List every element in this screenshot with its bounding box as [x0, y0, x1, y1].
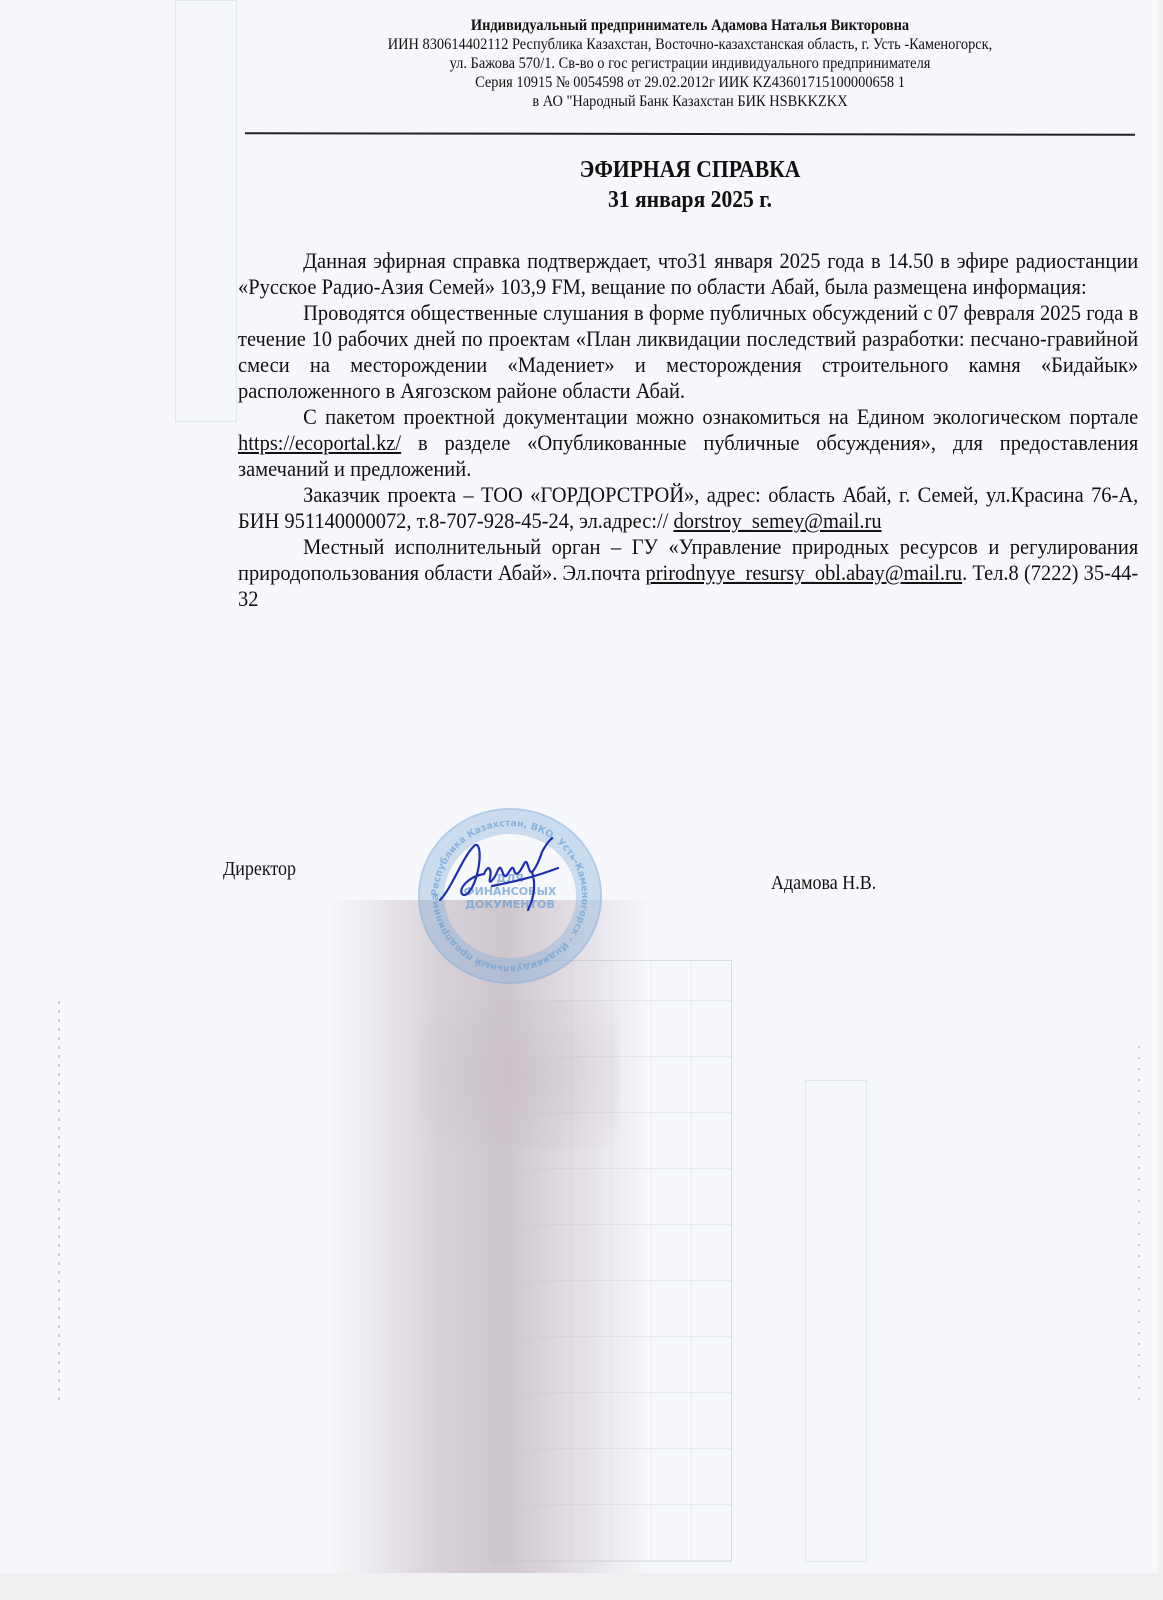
signatory-name: Адамова Н.В.: [771, 872, 876, 895]
ecoportal-text: С пакетом проектной документации можно о…: [303, 404, 1138, 429]
bleed-through-table-2: [805, 1080, 867, 1562]
document-title: ЭФИРНАЯ СПРАВКА 31 января 2025 г.: [285, 155, 1095, 215]
fold-shadow-top: [420, 1000, 620, 1150]
letterhead-name: Индивидуальный предприниматель Адамова Н…: [285, 16, 1095, 35]
title-heading: ЭФИРНАЯ СПРАВКА: [285, 155, 1095, 185]
bleed-through-lines: [175, 0, 237, 422]
scan-noise-2: [1138, 1040, 1140, 1400]
letterhead-street-registration: ул. Бажова 570/1. Св-во о гос регистраци…: [285, 54, 1095, 73]
signatory-position: Директор: [223, 858, 296, 881]
paragraph-local-authority: Местный исполнительный орган – ГУ «Управ…: [238, 534, 1138, 612]
document-page: Индивидуальный предприниматель Адамова Н…: [0, 0, 1158, 1573]
customer-email-link[interactable]: dorstroy_semey@mail.ru: [673, 508, 881, 533]
paragraph-ecoportal: С пакетом проектной документации можно о…: [238, 404, 1138, 482]
paragraph-broadcast-confirmation: Данная эфирная справка подтверждает, что…: [238, 248, 1138, 300]
signature-block: Директор Адамова Н.В.: [223, 858, 923, 958]
ecoportal-link[interactable]: https://ecoportal.kz/: [238, 430, 401, 455]
paragraph-customer: Заказчик проекта – ТОО «ГОРДОРСТРОЙ», ад…: [238, 482, 1138, 534]
letterhead: Индивидуальный предприниматель Адамова Н…: [285, 16, 1095, 111]
letterhead-divider: [245, 132, 1135, 136]
paragraph-public-hearings: Проводятся общественные слушания в форме…: [238, 300, 1138, 404]
scan-noise: [58, 1000, 60, 1400]
authority-email-link[interactable]: prirodnyye_resursy_obl.abay@mail.ru: [646, 560, 963, 585]
letterhead-bank: в АО "Народный Банк Казахстан БИК HSBKKZ…: [285, 92, 1095, 111]
title-date: 31 января 2025 г.: [285, 185, 1095, 215]
letterhead-series-iik: Серия 10915 № 0054598 от 29.02.2012г ИИК…: [285, 73, 1095, 92]
document-body: Данная эфирная справка подтверждает, что…: [238, 248, 1138, 612]
letterhead-iin-address: ИИН 830614402112 Республика Казахстан, В…: [285, 35, 1095, 54]
